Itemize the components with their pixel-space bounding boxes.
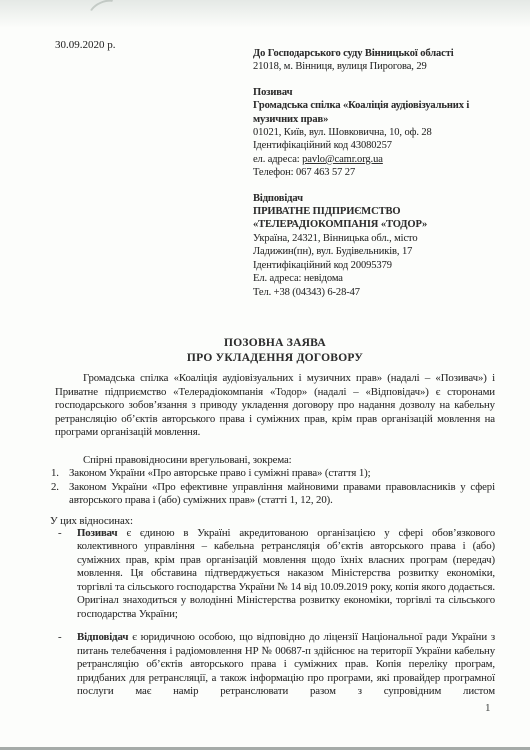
- dash-marker: -: [58, 527, 77, 622]
- relation-text: є єдиною в Україні акредитованою організ…: [77, 527, 495, 620]
- relation-item-defendant: - Відповідач є юридичною особою, що відп…: [58, 631, 495, 699]
- defendant-role-label: Відповідач: [253, 192, 493, 205]
- court-address: 21018, м. Вінниця, вулиця Пирогова, 29: [253, 60, 493, 73]
- spacer: [253, 180, 493, 192]
- plaintiff-name-line-2: музичних прав»: [253, 113, 493, 126]
- plaintiff-id-code: Ідентифікаційний код 43080257: [253, 139, 493, 152]
- list-marker: 1.: [51, 467, 69, 481]
- dash-marker: -: [58, 631, 77, 699]
- list-item: 1. Законом України «Про авторське право …: [51, 467, 495, 481]
- email-label: ел. адреса:: [253, 154, 302, 165]
- relations-intro: У цих відносинах:: [50, 516, 495, 527]
- defendant-name-line-2: «ТЕЛЕРАДІОКОМПАНІЯ «ТОДОР»: [253, 218, 493, 231]
- plaintiff-role-label: Позивач: [253, 86, 493, 99]
- relation-item-text: Відповідач є юридичною особою, що відпов…: [77, 631, 495, 699]
- plaintiff-address: 01021, Київ, вул. Шовковична, 10, оф. 28: [253, 126, 493, 139]
- plaintiff-email-line: ел. адреса: pavlo@camr.org.ua: [253, 153, 493, 166]
- court-name: До Господарського суду Вінницької област…: [253, 47, 493, 60]
- relation-item-plaintiff: - Позивач є єдиною в Україні акредитован…: [58, 527, 495, 622]
- date-line: 30.09.2020 р.: [55, 39, 116, 51]
- legal-basis-list: 1. Законом України «Про авторське право …: [55, 467, 495, 508]
- defendant-name-line-1: ПРИВАТНЕ ПІДПРИЄМСТВО: [253, 205, 493, 218]
- email-link: pavlo@camr.org.ua: [302, 154, 383, 165]
- document-title: ПОЗОВНА ЗАЯВА ПРО УКЛАДЕННЯ ДОГОВОРУ: [55, 336, 495, 366]
- relation-lead: Відповідач: [77, 631, 128, 643]
- relations-list: - Позивач є єдиною в Україні акредитован…: [55, 527, 495, 699]
- defendant-address-line-1: Україна, 24321, Вінницька обл., місто: [253, 232, 493, 245]
- spacer: [253, 74, 493, 86]
- title-line-2: ПРО УКЛАДЕННЯ ДОГОВОРУ: [55, 351, 495, 366]
- defendant-email: Ел. адреса: невідома: [253, 272, 493, 285]
- page-number: 1: [485, 702, 491, 714]
- document-page: 30.09.2020 р. До Господарського суду Він…: [0, 0, 530, 750]
- relation-text: є юридичною особою, що відповідно до ліц…: [77, 631, 495, 697]
- paragraph-parties: Громадська спілка «Коаліція аудіовізуаль…: [55, 372, 495, 440]
- defendant-phone: Тел. +38 (04343) 6-28-47: [253, 286, 493, 299]
- address-header-block: До Господарського суду Вінницької област…: [253, 47, 493, 299]
- defendant-address-line-2: Ладижин(пн), вул. Будівельників, 17: [253, 245, 493, 258]
- legal-basis-intro: Спірні правовідносини врегульовані, зокр…: [55, 454, 495, 468]
- list-item: 2. Законом України «Про ефективне управл…: [51, 481, 495, 508]
- plaintiff-name-line-1: Громадська спілка «Коаліція аудіовізуаль…: [253, 99, 493, 112]
- plaintiff-phone: Телефон: 067 463 57 27: [253, 166, 493, 179]
- defendant-id-code: Ідентифікаційний код 20095379: [253, 259, 493, 272]
- scan-top-tint: [0, 0, 530, 28]
- relation-lead: Позивач: [77, 527, 118, 539]
- document-body: ПОЗОВНА ЗАЯВА ПРО УКЛАДЕННЯ ДОГОВОРУ Гро…: [55, 336, 495, 709]
- title-line-1: ПОЗОВНА ЗАЯВА: [55, 336, 495, 351]
- relation-item-text: Позивач є єдиною в Україні акредитованою…: [77, 527, 495, 622]
- list-item-text: Законом України «Про авторське право і с…: [69, 467, 495, 481]
- list-marker: 2.: [51, 481, 69, 508]
- list-item-text: Законом України «Про ефективне управлінн…: [69, 481, 495, 508]
